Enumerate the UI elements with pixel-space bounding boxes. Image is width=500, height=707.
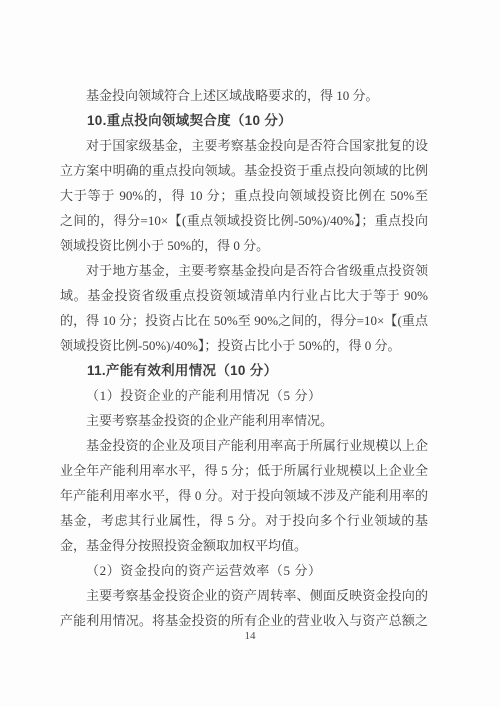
- text-line: 之间的，得分=10×【(重点领域投资比例-50%)/40%】；重点投向: [60, 208, 428, 233]
- text-line: 对于地方基金，主要考察基金投向是否符合省级重点投资领: [60, 258, 428, 283]
- text-line: 金，基金得分按照投资金额取加权平均值。: [60, 533, 428, 558]
- text-line: 基金，考虑其行业属性，得 5 分。对于投向多个行业领域的基: [60, 508, 428, 533]
- text-line: 11.产能有效利用情况（10 分）: [60, 358, 428, 383]
- paragraph: 基金投向领域符合上述区域战略要求的，得 10 分。: [60, 83, 428, 108]
- sub-heading: （1）投资企业的产能利用情况（5 分）: [60, 383, 428, 408]
- text-line: 年产能利用率水平，得 0 分。对于投向领域不涉及产能利用率的: [60, 483, 428, 508]
- page-number: 14: [0, 629, 500, 643]
- text-line: 大于等于 90%的，得 10 分；重点投向领域投资比例在 50%至 90%: [60, 183, 428, 208]
- section-heading: 10.重点投向领域契合度（10 分）: [60, 108, 428, 133]
- paragraph: 主要考察基金投资企业的资产周转率、侧面反映资金投向的产能利用情况。将基金投资的所…: [60, 583, 428, 633]
- section-heading: 11.产能有效利用情况（10 分）: [60, 358, 428, 383]
- text-line: （1）投资企业的产能利用情况（5 分）: [60, 383, 428, 408]
- text-line: 主要考察基金投资的企业产能利用率情况。: [60, 408, 428, 433]
- paragraph: 基金投资的企业及项目产能利用率高于所属行业规模以上企业全年产能利用率水平，得 5…: [60, 433, 428, 558]
- text-line: 基金投资的企业及项目产能利用率高于所属行业规模以上企: [60, 433, 428, 458]
- paragraph: 对于地方基金，主要考察基金投向是否符合省级重点投资领域。基金投资省级重点投资领域…: [60, 258, 428, 358]
- text-line: 基金投向领域符合上述区域战略要求的，得 10 分。: [60, 83, 428, 108]
- text-line: 域。基金投资省级重点投资领域清单内行业占比大于等于 90%: [60, 283, 428, 308]
- text-line: 业全年产能利用率水平，得 5 分；低于所属行业规模以上企业全: [60, 458, 428, 483]
- document-page: 基金投向领域符合上述区域战略要求的，得 10 分。10.重点投向领域契合度（10…: [0, 0, 500, 707]
- paragraph: 主要考察基金投资的企业产能利用率情况。: [60, 408, 428, 433]
- text-line: 10.重点投向领域契合度（10 分）: [60, 108, 428, 133]
- sub-heading: （2）资金投向的资产运营效率（5 分）: [60, 558, 428, 583]
- text-line: 对于国家级基金，主要考察基金投向是否符合国家批复的设: [60, 133, 428, 158]
- text-line: 的，得 10 分；投资占比在 50%至 90%之间的，得分=10×【(重点: [60, 308, 428, 333]
- text-line: 领域投资比例-50%)/40%】；投资占比小于 50%的，得 0 分。: [60, 333, 428, 358]
- text-line: 主要考察基金投资企业的资产周转率、侧面反映资金投向的: [60, 583, 428, 608]
- paragraph: 对于国家级基金，主要考察基金投向是否符合国家批复的设立方案中明确的重点投向领域。…: [60, 133, 428, 258]
- text-line: 领域投资比例小于 50%的，得 0 分。: [60, 233, 428, 258]
- document-body: 基金投向领域符合上述区域战略要求的，得 10 分。10.重点投向领域契合度（10…: [60, 83, 428, 633]
- text-line: （2）资金投向的资产运营效率（5 分）: [60, 558, 428, 583]
- text-line: 立方案中明确的重点投向领域。基金投资于重点投向领域的比例: [60, 158, 428, 183]
